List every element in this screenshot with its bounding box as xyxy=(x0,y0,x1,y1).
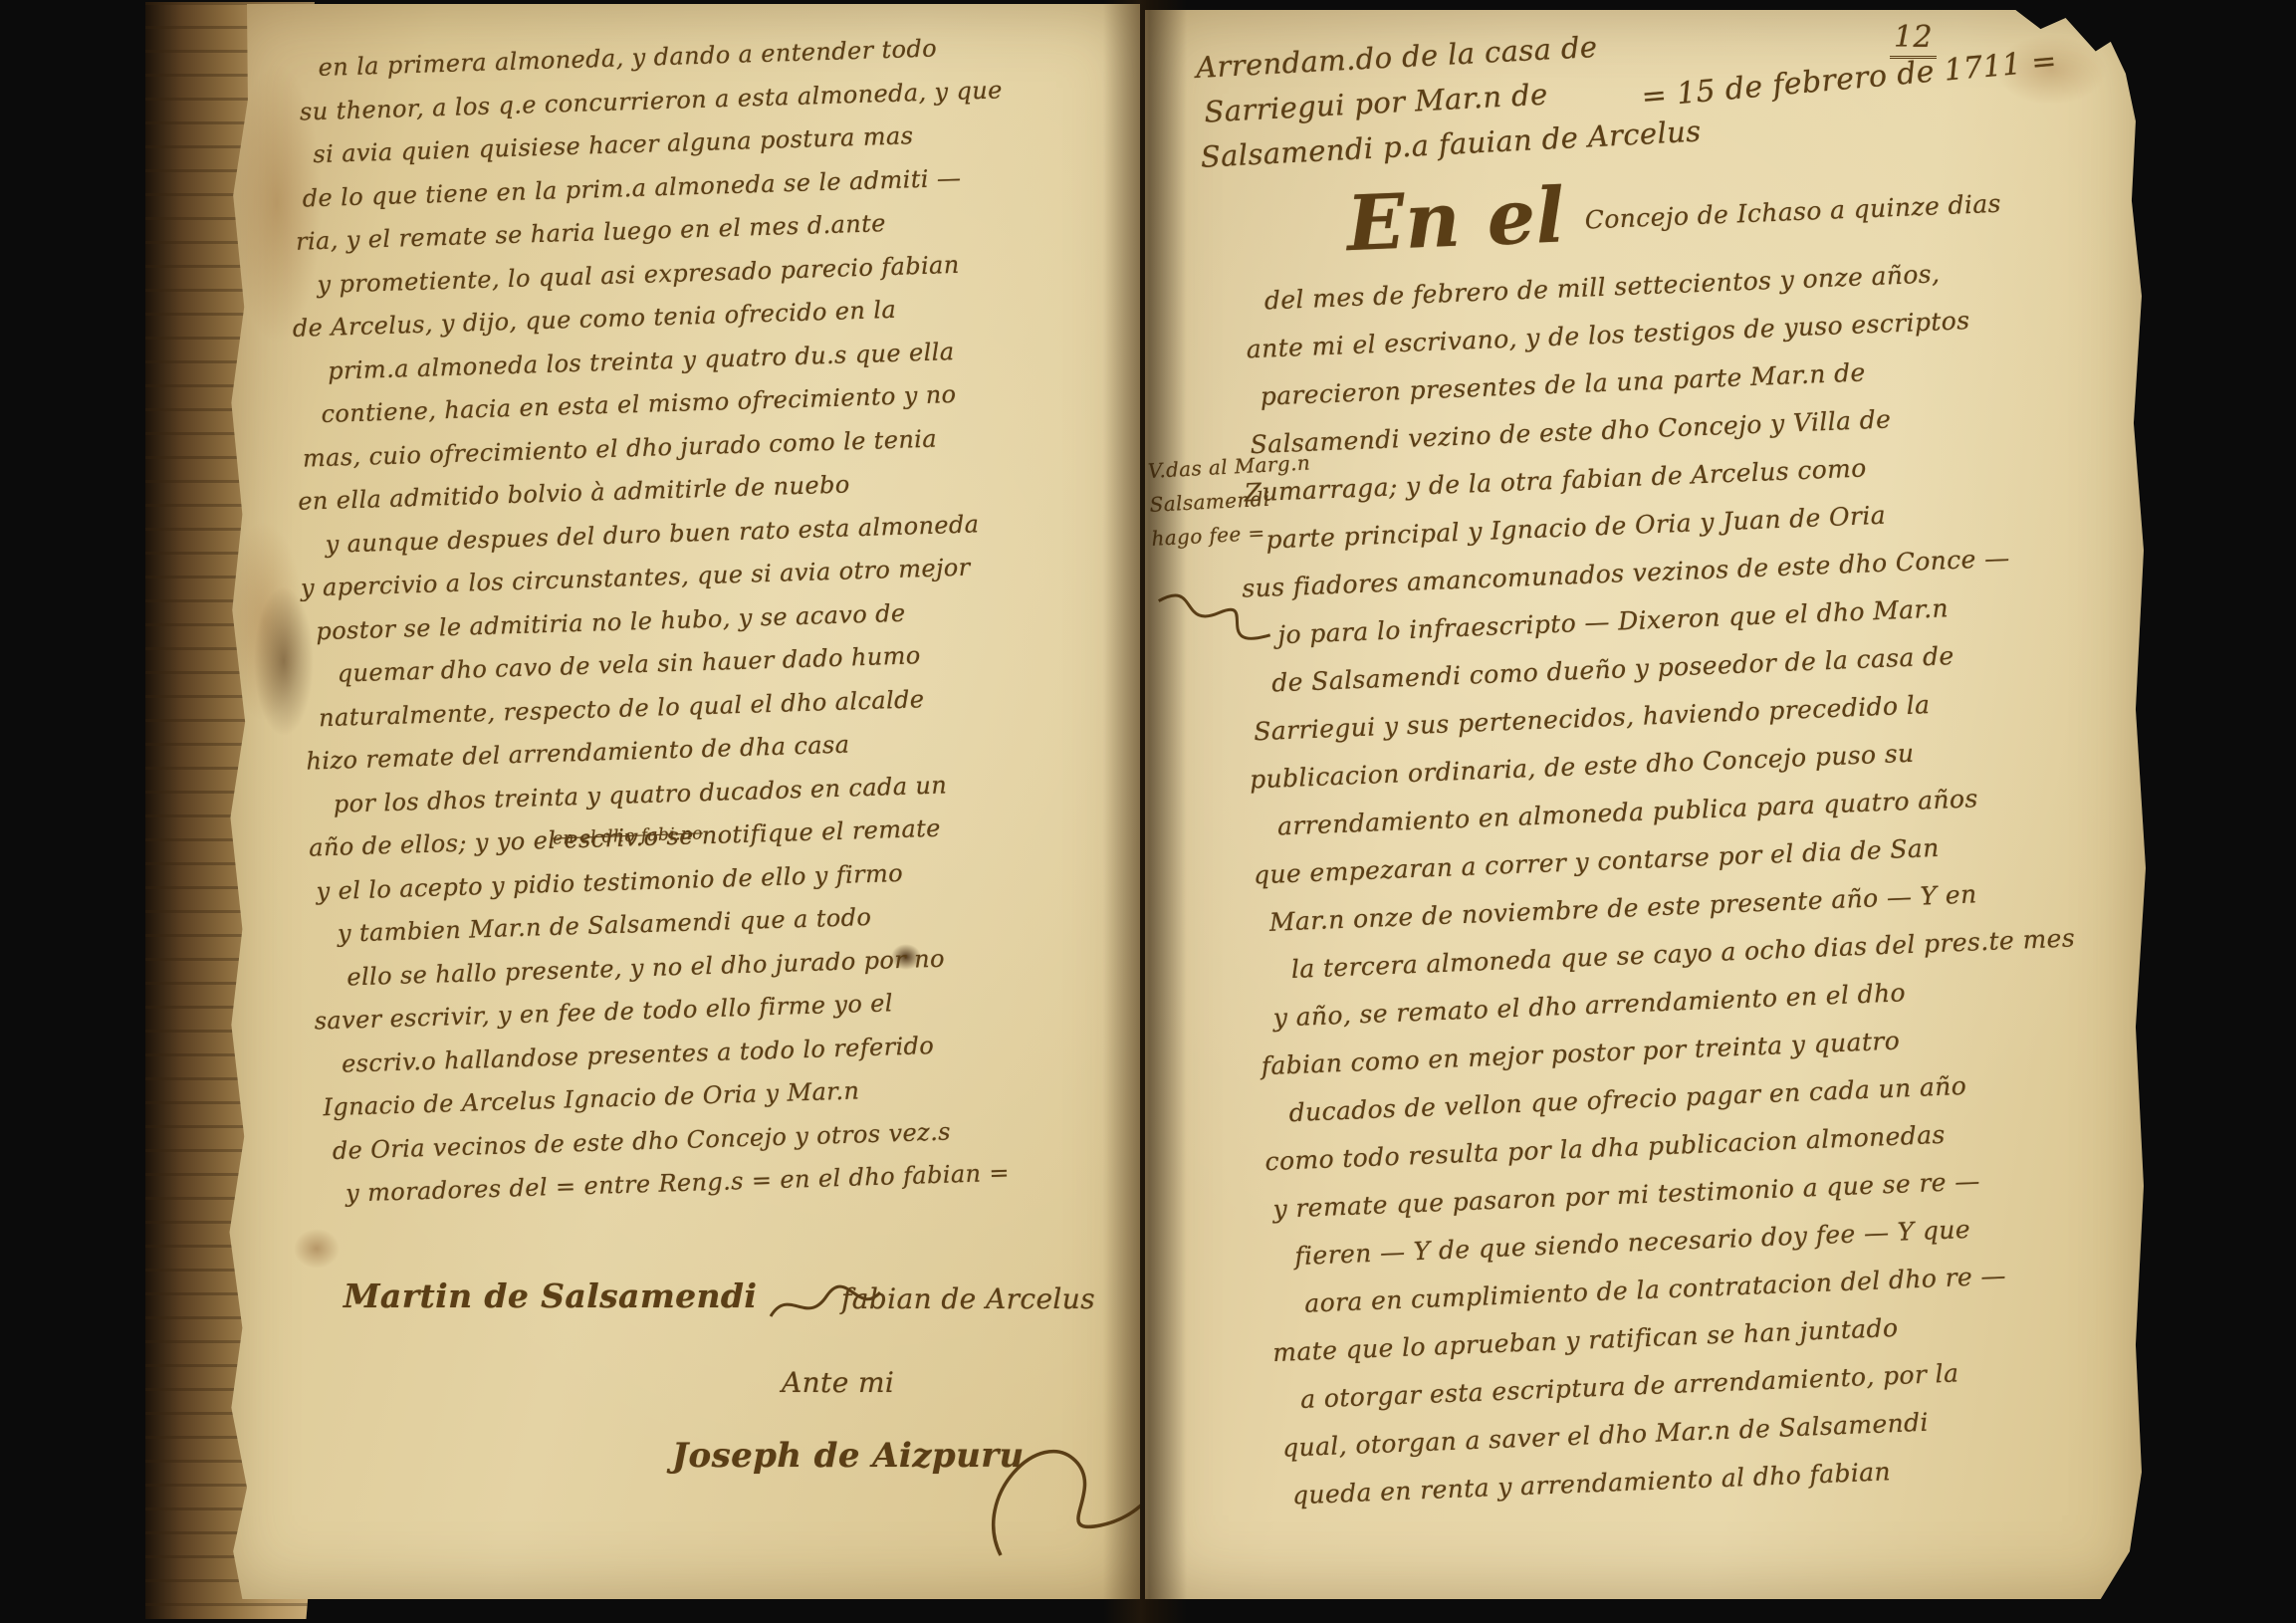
entry-heading: Arrendam.do de la casa de Sarriegui por … xyxy=(1195,19,1719,180)
opening-line-rest: Concejo de Ichaso a quinze dias xyxy=(1584,189,2001,235)
body-lines: del mes de febrero de mill settecientos … xyxy=(1230,243,2175,1520)
folio-number: 12 xyxy=(1890,20,1937,59)
scanner-background: en la primera almoneda, y dando a entend… xyxy=(0,0,2296,1623)
left-page: en la primera almoneda, y dando a entend… xyxy=(224,4,1140,1599)
book-gutter-shadow xyxy=(1103,0,1187,1623)
signature-joseph-notary: Joseph de Aizpuru xyxy=(672,1436,1025,1476)
signature-martin-de-salsamendi: Martin de Salsamendi xyxy=(344,1276,757,1315)
right-page-text: En elConcejo de Ichaso a quinze dias del… xyxy=(1227,169,2175,1520)
signature-fabian-de-arcelus: fabian de Arcelus xyxy=(841,1282,1095,1315)
opening-flourish-word: En el xyxy=(1346,191,1566,248)
water-stain xyxy=(294,1229,340,1269)
left-page-text: en la primera almoneda, y dando a entend… xyxy=(284,23,1116,1217)
right-page: Arrendam.do de la casa de Sarriegui por … xyxy=(1145,10,2146,1599)
attestation-ante-mi: Ante mi xyxy=(782,1366,894,1399)
